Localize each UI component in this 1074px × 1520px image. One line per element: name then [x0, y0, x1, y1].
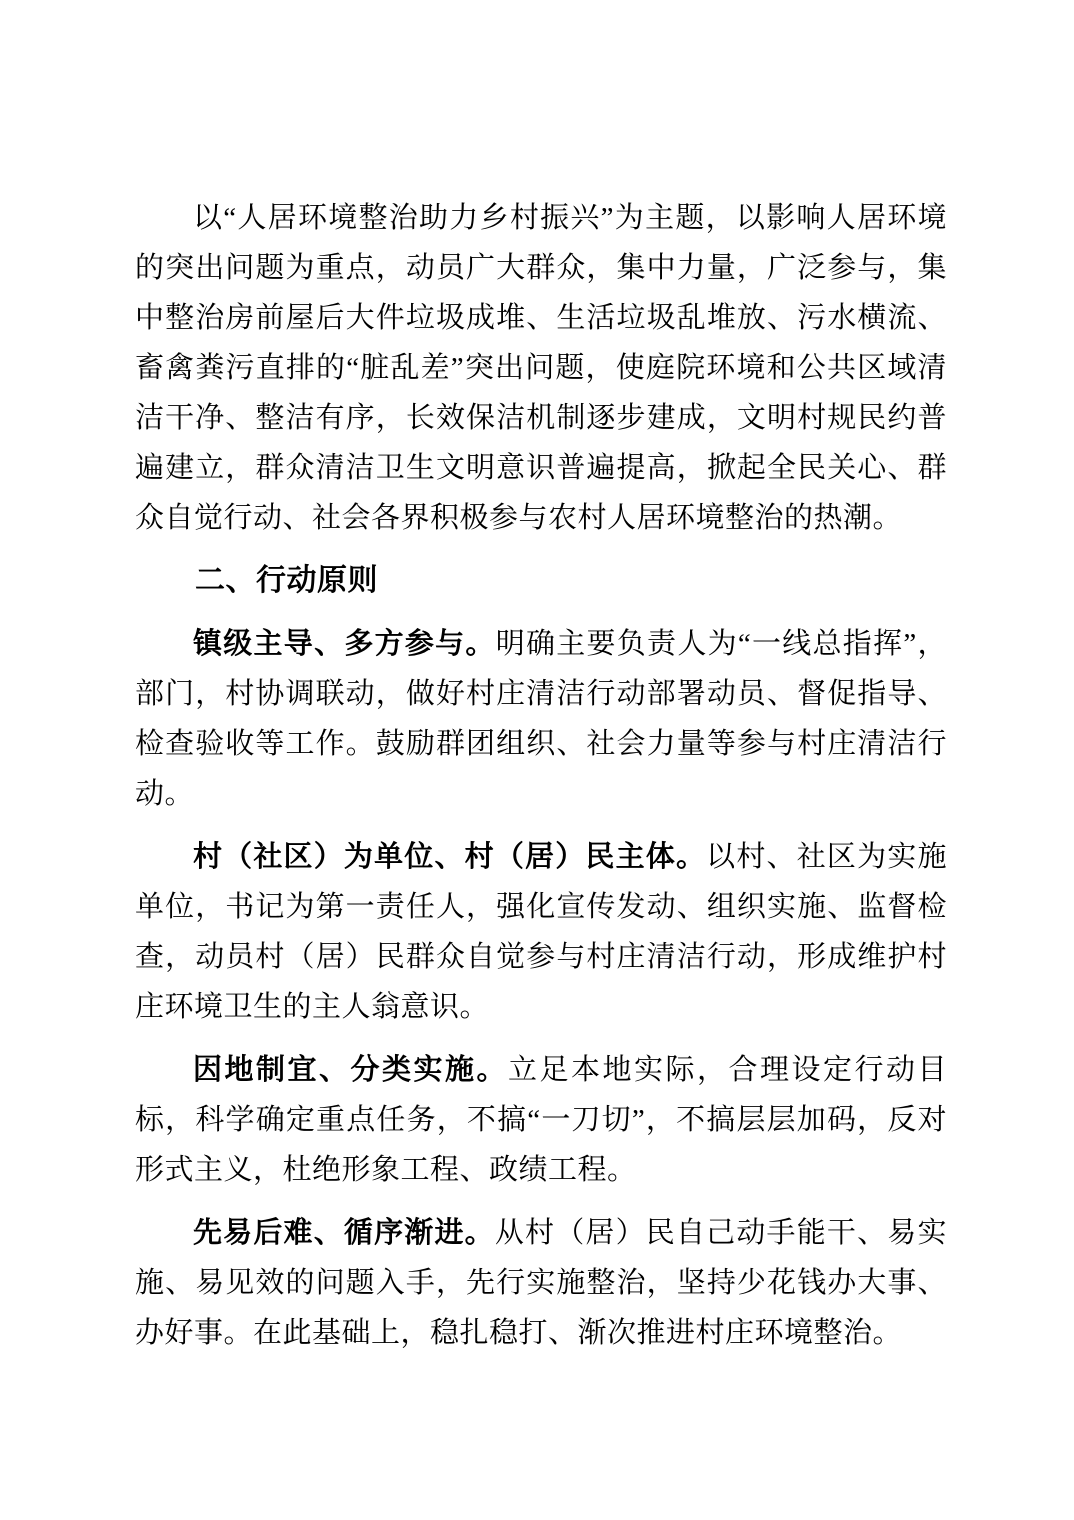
- paragraph-town-led-lead: 镇级主导、多方参与。: [193, 628, 496, 660]
- paragraph-local-conditions: 因地制宜、分类实施。立足本地实际，合理设定行动目标，科学确定重点任务，不搞“一刀…: [135, 1045, 947, 1195]
- paragraph-theme: 以“人居环境整治助力乡村振兴”为主题，以影响人居环境的突出问题为重点，动员广大群…: [135, 193, 947, 543]
- paragraph-theme-text: 以“人居环境整治助力乡村振兴”为主题，以影响人居环境的突出问题为重点，动员广大群…: [135, 202, 947, 534]
- paragraph-village-unit-lead: 村（社区）为单位、村（居）民主体。: [193, 841, 706, 873]
- paragraph-town-led: 镇级主导、多方参与。明确主要负责人为“一线总指挥”，部门，村协调联动，做好村庄清…: [135, 619, 947, 819]
- document-page: 以“人居环境整治助力乡村振兴”为主题，以影响人居环境的突出问题为重点，动员广大群…: [0, 0, 1074, 1520]
- paragraph-easy-first-lead: 先易后难、循序渐进。: [193, 1217, 495, 1249]
- section-heading-action-principles: 二、行动原则: [135, 556, 947, 606]
- paragraph-easy-first: 先易后难、循序渐进。从村（居）民自己动手能干、易实施、易见效的问题入手，先行实施…: [135, 1208, 947, 1358]
- paragraph-local-conditions-lead: 因地制宜、分类实施。: [193, 1054, 508, 1086]
- paragraph-village-unit: 村（社区）为单位、村（居）民主体。以村、社区为实施单位，书记为第一责任人，强化宣…: [135, 832, 947, 1032]
